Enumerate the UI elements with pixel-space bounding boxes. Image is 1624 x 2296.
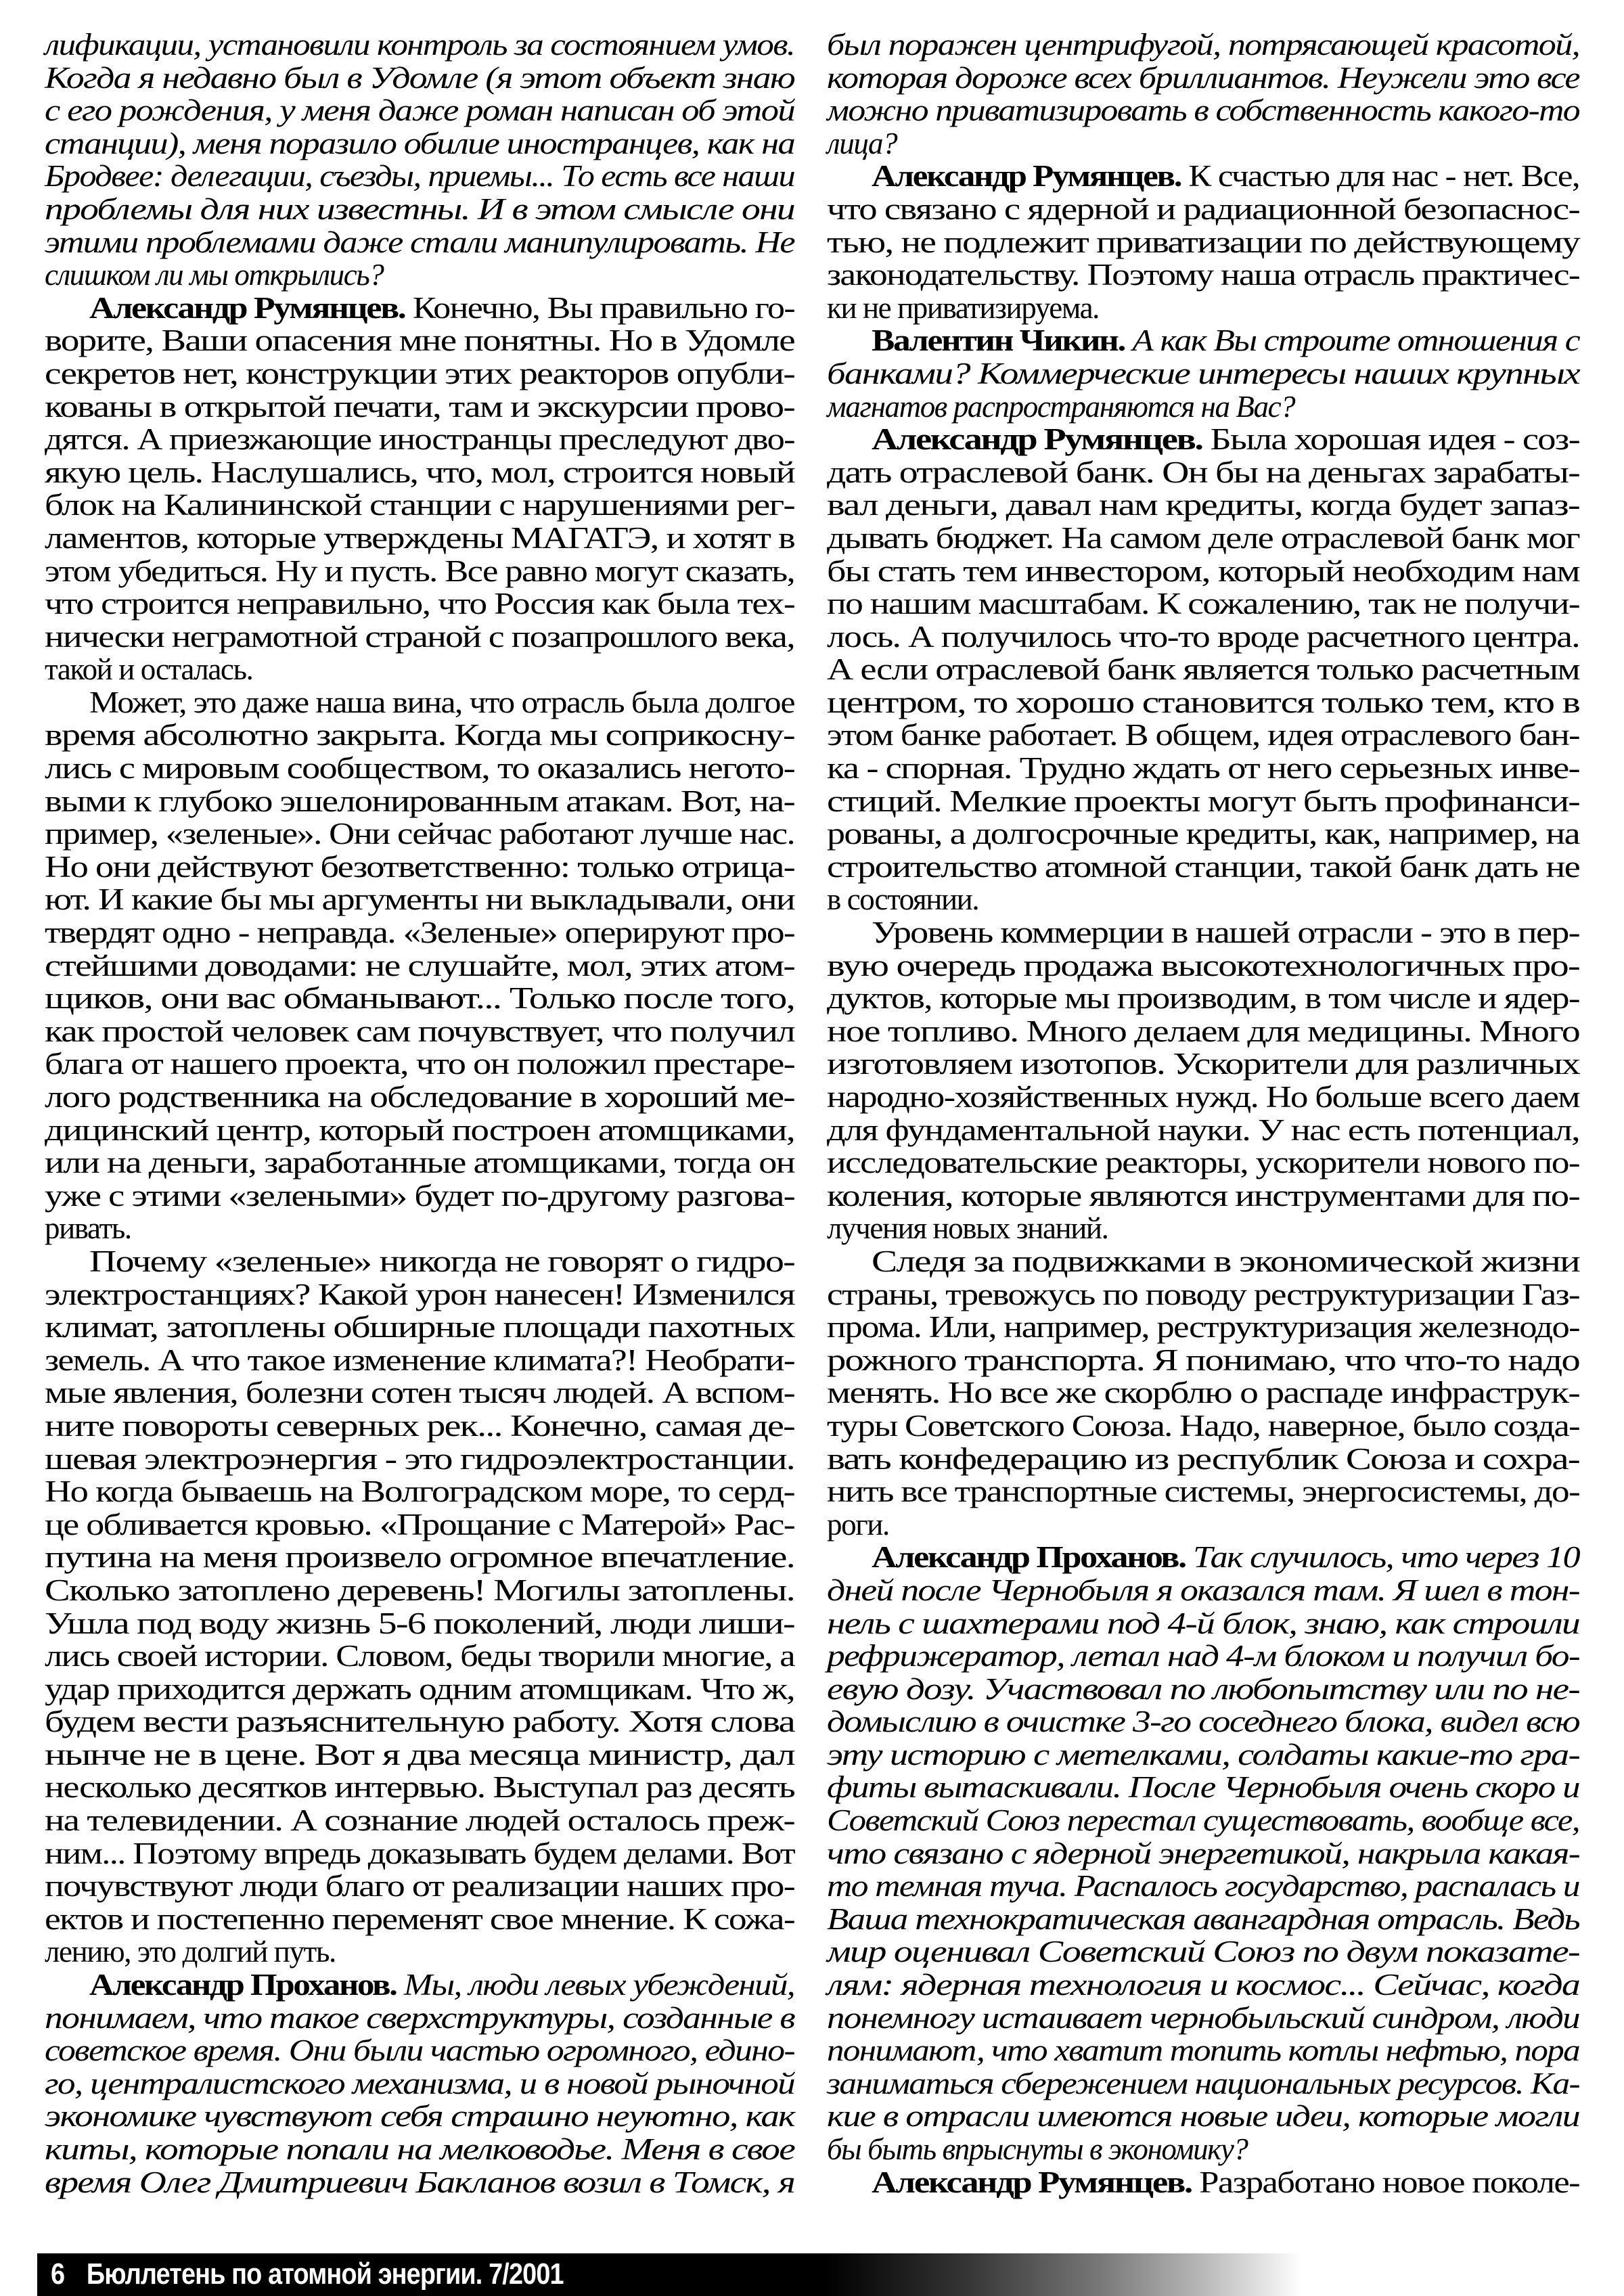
question-text: эту историю с метелками, солдаты какие-т… [827,1738,1579,1772]
question-text: то темная туча. Распалось государство, р… [827,1869,1579,1903]
answer-text: Конечно, Вы правильно го- [405,291,794,325]
answer-text: менять. Но все же скорблю о распаде инфр… [827,1376,1579,1410]
text-line: заниматься сбережением национальных ресу… [827,2067,1579,2100]
question-text: лям: ядерная технология и космос... Сейч… [827,1968,1579,2002]
answer-text: дывать бюджет. На самом деле отраслевой … [827,521,1579,555]
answer-text: земель. А что такое изменение климата?! … [45,1343,794,1377]
text-line: лучения новых знаний. [827,1212,1579,1245]
text-line: экономике чувствуют себя страшно неуютно… [45,2100,794,2133]
text-line: нынче не в цене. Вот я два месяца минист… [45,1738,794,1772]
text-line: евую дозу. Участвовал по любопытству или… [827,1673,1579,1706]
text-line: можно приватизировать в собственность ка… [827,94,1579,127]
text-line: щиков, они вас обманывают... Только посл… [45,982,794,1015]
text-line: ют. И какие бы мы аргументы ни выкладыва… [45,883,794,916]
text-line: лям: ядерная технология и космос... Сейч… [827,1968,1579,2002]
text-line: которая дороже всех бриллиантов. Неужели… [827,62,1579,95]
question-text: киты, которые попали на мелководье. Меня… [45,2132,794,2166]
answer-text: центром, то хорошо становится только тем… [827,685,1579,719]
text-line: секретов нет, конструкции этих реакторов… [45,357,794,390]
text-line: Александр Румянцев. Конечно, Вы правильн… [45,292,794,325]
answer-text: этом убедиться. Ну и пусть. Все равно мо… [45,554,794,588]
answer-text: или на деньги, заработанные атомщиками, … [45,1146,794,1179]
text-line: был поражен центрифугой, потрясающей кра… [827,28,1579,62]
question-text: Так случилось, что через 10 [1186,1540,1579,1574]
answer-text: рожного транспорта. Я понимаю, что что-т… [827,1343,1579,1377]
text-line: дней после Чернобыля я оказался там. Я ш… [827,1574,1579,1607]
answer-text: лучения новых знаний. [827,1211,1108,1245]
text-line: этими проблемами даже стали манипулирова… [45,226,794,259]
text-line: коления, которые являются инструментами … [827,1179,1579,1213]
text-line: киты, которые попали на мелководье. Меня… [45,2133,794,2166]
answer-text: страны, тревожусь по поводу реструктуриз… [827,1278,1579,1311]
text-line: такой и осталась. [45,653,794,686]
question-text: был поражен центрифугой, потрясающей кра… [827,28,1579,62]
text-line: банками? Коммерческие интересы наших кру… [827,357,1579,390]
answer-text: ривать. [45,1211,131,1245]
question-text: Мы, люди левых убеждений, [397,1968,794,2002]
answer-text: Ушла под воду жизнь 5-6 поколений, люди … [45,1606,794,1640]
question-text: советское время. Они были частью огромно… [45,2033,794,2067]
speaker-name: Александр Румянцев. [872,2165,1192,2199]
text-line: ное топливо. Много делаем для медицины. … [827,1015,1579,1048]
text-line: Советский Союз перестал существовать, во… [827,1804,1579,1837]
text-line: ним... Поэтому впредь доказывать будем д… [45,1837,794,1870]
question-text: мир оценивал Советский Союз по двум пока… [827,1935,1579,1968]
text-line: Александр Румянцев. Разработано новое по… [827,2166,1579,2199]
answer-text: тью, не подлежит приватизации по действу… [827,225,1579,259]
text-line: рефрижератор, летал над 4-м блоком и пол… [827,1640,1579,1673]
text-line: ектов и постепенно переменят свое мнение… [45,1903,794,1936]
text-line: дятся. А приезжающие иностранцы преследу… [45,423,794,456]
answer-text: будем вести разъяснительную работу. Хотя… [45,1705,794,1738]
answer-text: бы стать тем инвестором, который необход… [827,554,1579,588]
question-text: банками? Коммерческие интересы наших кру… [827,357,1579,390]
left-text-column: лификации, установили контроль за состоя… [45,28,794,2199]
question-text: дней после Чернобыля я оказался там. Я ш… [827,1573,1579,1607]
text-line: менять. Но все же скорблю о распаде инфр… [827,1376,1579,1410]
answer-text: нить все транспортные системы, энергосис… [827,1475,1579,1508]
page-number: 6 [51,2257,64,2291]
text-line: лись своей истории. Словом, беды творили… [45,1640,794,1673]
answer-text: Почему «зеленые» никогда не говорят о ги… [89,1244,794,1278]
text-line: туры Советского Союза. Надо, наверное, б… [827,1410,1579,1443]
text-line: дывать бюджет. На самом деле отраслевой … [827,522,1579,555]
text-line: эту историю с метелками, солдаты какие-т… [827,1738,1579,1772]
answer-text: строительство атомной станции, такой бан… [827,850,1579,884]
answer-text: такой и осталась. [45,652,252,686]
text-line: вую очередь продажа высокотехнологичных … [827,949,1579,983]
text-line: время абсолютно закрыта. Когда мы соприк… [45,719,794,752]
text-line: нить все транспортные системы, энергосис… [827,1475,1579,1508]
text-line: Александр Румянцев. Была хорошая идея - … [827,423,1579,456]
text-line: что строится неправильно, что Россия как… [45,587,794,621]
question-text: с его рождения, у меня даже роман написа… [45,93,794,127]
text-line: советское время. Они были частью огромно… [45,2034,794,2067]
answer-text: блага от нашего проекта, что он положил … [45,1047,794,1081]
text-line: тью, не подлежит приватизации по действу… [827,226,1579,259]
text-line: лица? [827,127,1579,160]
answer-text: Может, это даже наша вина, что отрасль б… [89,685,794,719]
answer-text: что строится неправильно, что Россия как… [45,587,794,621]
answer-text: лого родственника на обследование в хоро… [45,1080,794,1114]
answer-text: лось. А получилось что-то вроде расчетно… [827,620,1579,654]
text-line: Александр Проханов. Мы, люди левых убежд… [45,1968,794,2002]
text-line: Бродвее: делегации, съезды, приемы... То… [45,160,794,193]
question-text: понимаем, что такое сверхструктуры, созд… [45,2001,794,2035]
answer-text: туры Советского Союза. Надо, наверное, б… [827,1409,1579,1443]
text-line: домыслию в очистке 3-го соседнего блока,… [827,1705,1579,1738]
text-line: блок на Калининской станции с нарушениям… [45,489,794,522]
answer-text: нынче не в цене. Вот я два месяца минист… [45,1738,794,1772]
question-text: что связано с ядерной энергетикой, накры… [827,1837,1579,1870]
text-line: ворите, Ваши опасения мне понятны. Но в … [45,324,794,357]
footer-text: 6Бюллетень по атомной энергии. 7/2001 [51,2257,564,2291]
answer-text: лись своей истории. Словом, беды творили… [45,1639,794,1673]
text-line: проблемы для них известны. И в этом смыс… [45,193,794,226]
speaker-name: Александр Проханов. [872,1540,1186,1574]
text-line: рожного транспорта. Я понимаю, что что-т… [827,1344,1579,1377]
text-line: ки не приватизируема. [827,292,1579,325]
text-line: как простой человек сам почувствует, что… [45,1015,794,1048]
text-line: страны, тревожусь по поводу реструктуриз… [827,1278,1579,1311]
answer-text: це обливается кровью. «Прощание с Матеро… [45,1508,794,1541]
text-line: по нашим масштабам. К сожалению, так не … [827,587,1579,621]
answer-text: почувствуют люди благо от реализации наш… [45,1869,794,1903]
answer-text: дятся. А приезжающие иностранцы преследу… [45,422,794,456]
answer-text: вал деньги, давал нам кредиты, когда буд… [827,488,1579,522]
answer-text: вать конфедерацию из республик Союза и с… [827,1442,1579,1476]
answer-text: народно-хозяйственных нужд. Но больше вс… [827,1080,1579,1114]
answer-text: ное топливо. Много делаем для медицины. … [827,1014,1579,1048]
text-line: шевая электроэнергия - это гидроэлектрос… [45,1443,794,1476]
speaker-name: Александр Румянцев. [872,422,1202,456]
answer-text: законодательству. Поэтому наша отрасль п… [827,258,1579,292]
answer-text: секретов нет, конструкции этих реакторов… [45,357,794,390]
text-line: ламентов, которые утверждены МАГАТЭ, и х… [45,522,794,555]
question-text: бы быть впрыснуты в экономику? [827,2132,1248,2166]
answer-text: Следя за подвижками в экономической жизн… [872,1244,1579,1278]
text-line: этом банке работает. В общем, идея отрас… [827,719,1579,752]
question-text: станции), меня поразило обилие иностранц… [45,127,794,160]
text-line: Валентин Чикин. А как Вы строите отношен… [827,324,1579,357]
text-line: стиций. Мелкие проекты могут быть профин… [827,785,1579,818]
question-text: понемногу истаивает чернобыльский синдро… [827,2001,1579,2035]
text-line: путина на меня произвело огромное впечат… [45,1541,794,1574]
answer-text: выми к глубоко эшелонированным атакам. В… [45,784,794,818]
answer-text: уже с этими «зелеными» будет по-другому … [45,1179,794,1213]
text-line: Но они действуют безответственно: только… [45,851,794,884]
text-line: Александр Румянцев. К счастью для нас - … [827,160,1579,193]
answer-text: климат, затоплены обширные площади пахот… [45,1310,794,1344]
question-text: Ваша технократическая авангардная отрасл… [827,1902,1579,1936]
text-line: роги. [827,1508,1579,1541]
answer-text: Была хорошая идея - соз- [1202,422,1579,456]
text-line: лификации, установили контроль за состоя… [45,28,794,62]
text-line: то темная туча. Распалось государство, р… [827,1870,1579,1903]
text-line: электростанциях? Какой урон нанесен! Изм… [45,1278,794,1311]
answer-text: как простой человек сам почувствует, что… [45,1014,794,1048]
text-line: Почему «зеленые» никогда не говорят о ги… [45,1245,794,1278]
text-line: Но когда бываешь на Волгоградском море, … [45,1475,794,1508]
answer-text: мые явления, болезни сотен тысяч людей. … [45,1376,794,1410]
text-line: А если отраслевой банк является только р… [827,653,1579,686]
text-line: фиты вытаскивали. После Чернобыля очень … [827,1771,1579,1804]
text-line: твердят одно - неправда. «Зеленые» опери… [45,916,794,949]
text-line: пример, «зеленые». Они сейчас работают л… [45,817,794,851]
question-text: домыслию в очистке 3-го соседнего блока,… [827,1705,1579,1738]
text-line: этом убедиться. Ну и пусть. Все равно мо… [45,555,794,588]
text-line: мир оценивал Советский Союз по двум пока… [827,1935,1579,1968]
text-line: изготовляем изотопов. Ускорители для раз… [827,1048,1579,1081]
answer-text: роги. [827,1508,889,1541]
answer-text: несколько десятков интервью. Выступал ра… [45,1770,794,1804]
text-line: го, централистского механизма, и в новой… [45,2067,794,2100]
answer-text: якую цель. Наслушались, что, мол, строит… [45,455,794,489]
answer-text: для фундаментальной науки. У нас есть по… [827,1113,1579,1147]
question-text: проблемы для них известны. И в этом смыс… [45,192,794,226]
text-line: понимают, что хватит топить котлы нефтью… [827,2034,1579,2067]
speaker-name: Александр Проханов. [89,1968,397,2002]
question-text: слишком ли мы открылись? [45,258,383,292]
text-line: блага от нашего проекта, что он положил … [45,1048,794,1081]
text-line: понемногу истаивает чернобыльский синдро… [827,2002,1579,2035]
text-line: вать конфедерацию из республик Союза и с… [827,1443,1579,1476]
question-text: время Олег Дмитриевич Бакланов возил в Т… [45,2165,794,2199]
text-line: кие в отрасли имеются новые идеи, которы… [827,2100,1579,2133]
text-line: кованы в открытой печати, там и экскурси… [45,390,794,424]
text-line: бы быть впрыснуты в экономику? [827,2133,1579,2166]
answer-text: пример, «зеленые». Они сейчас работают л… [45,817,794,851]
text-line: почувствуют люди благо от реализации наш… [45,1870,794,1903]
question-text: Бродвее: делегации, съезды, приемы... То… [45,159,794,193]
answer-text: лись с мировым сообществом, то оказались… [45,751,794,785]
question-text: заниматься сбережением национальных ресу… [827,2067,1579,2100]
text-line: вал деньги, давал нам кредиты, когда буд… [827,489,1579,522]
text-line: для фундаментальной науки. У нас есть по… [827,1114,1579,1147]
answer-text: ки не приватизируема. [827,291,1099,325]
answer-text: дуктов, которые мы производим, в том чис… [827,981,1579,1015]
text-line: исследовательские реакторы, ускорители н… [827,1146,1579,1179]
text-line: выми к глубоко эшелонированным атакам. В… [45,785,794,818]
text-line: народно-хозяйственных нужд. Но больше вс… [827,1081,1579,1114]
question-text: фиты вытаскивали. После Чернобыля очень … [827,1770,1579,1804]
right-text-column: был поражен центрифугой, потрясающей кра… [827,28,1579,2199]
text-line: станции), меня поразило обилие иностранц… [45,127,794,160]
text-line: или на деньги, заработанные атомщиками, … [45,1146,794,1179]
text-line: понимаем, что такое сверхструктуры, созд… [45,2002,794,2035]
text-line: дицинский центр, который построен атомщи… [45,1114,794,1147]
question-text: понимают, что хватит топить котлы нефтью… [827,2033,1579,2067]
speaker-name: Александр Румянцев. [872,159,1181,193]
text-line: прома. Или, например, реструктуризация ж… [827,1311,1579,1344]
question-text: магнатов распространяются на Вас? [827,390,1294,424]
text-line: ка - спорная. Трудно ждать от него серье… [827,752,1579,785]
question-text: экономике чувствуют себя страшно неуютно… [45,2099,794,2133]
answer-text: ламентов, которые утверждены МАГАТЭ, и х… [45,521,794,555]
text-line: це обливается кровью. «Прощание с Матеро… [45,1508,794,1541]
text-line: лению, это долгий путь. [45,1935,794,1968]
answer-text: электростанциях? Какой урон нанесен! Изм… [45,1278,794,1311]
answer-text: путина на меня произвело огромное впечат… [45,1540,794,1574]
text-line: лось. А получилось что-то вроде расчетно… [827,621,1579,654]
text-line: земель. А что такое изменение климата?! … [45,1344,794,1377]
answer-text: ните повороты северных рек... Конечно, с… [45,1409,794,1443]
answer-text: Но когда бываешь на Волгоградском море, … [45,1475,794,1508]
publication-title: Бюллетень по атомной энергии. 7/2001 [87,2257,564,2291]
question-text: рефрижератор, летал над 4-м блоком и пол… [827,1639,1579,1673]
speaker-name: Валентин Чикин. [872,323,1125,357]
answer-text: ка - спорная. Трудно ждать от него серье… [827,751,1579,785]
question-text: нель с шахтерами под 4-й блок, знаю, как… [827,1606,1579,1640]
question-text: лица? [827,127,897,160]
text-line: уже с этими «зелеными» будет по-другому … [45,1179,794,1213]
answer-text: Но они действуют безответственно: только… [45,850,794,884]
answer-text: этом банке работает. В общем, идея отрас… [827,718,1579,752]
text-line: удар приходится держать одним атомщикам.… [45,1673,794,1706]
text-line: что связано с ядерной и радиационной без… [827,193,1579,226]
answer-text: дицинский центр, который построен атомщи… [45,1113,794,1147]
answer-text: Уровень коммерции в нашей отрасли - это … [872,916,1579,949]
text-line: дать отраслевой банк. Он бы на деньгах з… [827,456,1579,489]
text-line: ривать. [45,1212,794,1245]
text-line: мые явления, болезни сотен тысяч людей. … [45,1376,794,1410]
answer-text: рованы, а долгосрочные кредиты, как, нап… [827,817,1579,851]
text-line: рованы, а долгосрочные кредиты, как, нап… [827,817,1579,851]
answer-text: Разработано новое поколе- [1192,2165,1579,2199]
text-line: на телевидении. А сознание людей осталос… [45,1804,794,1837]
text-line: строительство атомной станции, такой бан… [827,851,1579,884]
answer-text: Сколько затоплено деревень! Могилы затоп… [45,1573,794,1607]
answer-text: ворите, Ваши опасения мне понятны. Но в … [45,323,794,357]
answer-text: исследовательские реакторы, ускорители н… [827,1146,1579,1179]
answer-text: нически неграмотной страной с позапрошло… [45,620,794,654]
text-line: лого родственника на обследование в хоро… [45,1081,794,1114]
text-line: что связано с ядерной энергетикой, накры… [827,1837,1579,1870]
question-text: Когда я недавно был в Удомле (я этот объ… [45,61,794,95]
answer-text: в состоянии. [827,882,978,916]
answer-text: К счастью для нас - нет. Все, [1181,159,1579,193]
answer-text: блок на Калининской станции с нарушениям… [45,488,794,522]
answer-text: что связано с ядерной и радиационной без… [827,192,1579,226]
question-text: которая дороже всех бриллиантов. Неужели… [827,61,1579,95]
question-text: А как Вы строите отношения с [1125,323,1579,357]
answer-text: А если отраслевой банк является только р… [827,652,1579,686]
text-line: нель с шахтерами под 4-й блок, знаю, как… [827,1607,1579,1640]
text-line: в состоянии. [827,883,1579,916]
answer-text: ектов и постепенно переменят свое мнение… [45,1902,794,1936]
text-line: будем вести разъяснительную работу. Хотя… [45,1705,794,1738]
page-footer-bar: 6Бюллетень по атомной энергии. 7/2001 [37,2253,1397,2296]
text-line: Ушла под воду жизнь 5-6 поколений, люди … [45,1607,794,1640]
answer-text: дать отраслевой банк. Он бы на деньгах з… [827,455,1579,489]
answer-text: вую очередь продажа высокотехнологичных … [827,949,1579,983]
answer-text: кованы в открытой печати, там и экскурси… [45,390,794,424]
question-text: Советский Союз перестал существовать, во… [827,1803,1579,1837]
question-text: этими проблемами даже стали манипулирова… [45,225,794,259]
text-line: центром, то хорошо становится только тем… [827,686,1579,719]
text-line: магнатов распространяются на Вас? [827,390,1579,424]
answer-text: щиков, они вас обманывают... Только посл… [45,981,794,1015]
text-line: ните повороты северных рек... Конечно, с… [45,1410,794,1443]
text-line: бы стать тем инвестором, который необход… [827,555,1579,588]
text-line: слишком ли мы открылись? [45,258,794,292]
text-line: Следя за подвижками в экономической жизн… [827,1245,1579,1278]
answer-text: шевая электроэнергия - это гидроэлектрос… [45,1442,794,1476]
text-line: стейшими доводами: не слушайте, мол, эти… [45,949,794,983]
text-line: Александр Проханов. Так случилось, что ч… [827,1541,1579,1574]
question-text: можно приватизировать в собственность ка… [827,93,1579,127]
text-line: с его рождения, у меня даже роман написа… [45,94,794,127]
text-line: Уровень коммерции в нашей отрасли - это … [827,916,1579,949]
text-line: якую цель. Наслушались, что, мол, строит… [45,456,794,489]
answer-text: ним... Поэтому впредь доказывать будем д… [45,1837,794,1870]
text-line: законодательству. Поэтому наша отрасль п… [827,258,1579,292]
answer-text: коления, которые являются инструментами … [827,1179,1579,1213]
answer-text: стиций. Мелкие проекты могут быть профин… [827,784,1579,818]
answer-text: по нашим масштабам. К сожалению, так не … [827,587,1579,621]
question-text: лификации, установили контроль за состоя… [45,28,794,62]
question-text: евую дозу. Участвовал по любопытству или… [827,1672,1579,1706]
answer-text: стейшими доводами: не слушайте, мол, эти… [45,949,794,983]
text-line: Сколько затоплено деревень! Могилы затоп… [45,1574,794,1607]
text-line: Ваша технократическая авангардная отрасл… [827,1903,1579,1936]
answer-text: твердят одно - неправда. «Зеленые» опери… [45,916,794,949]
answer-text: лению, это долгий путь. [45,1935,336,1968]
question-text: кие в отрасли имеются новые идеи, которы… [827,2099,1579,2133]
speaker-name: Александр Румянцев. [89,291,405,325]
question-text: го, централистского механизма, и в новой… [45,2067,794,2100]
text-line: несколько десятков интервью. Выступал ра… [45,1771,794,1804]
text-line: нически неграмотной страной с позапрошло… [45,621,794,654]
answer-text: ют. И какие бы мы аргументы ни выкладыва… [45,882,794,916]
answer-text: удар приходится держать одним атомщикам.… [45,1672,794,1706]
answer-text: время абсолютно закрыта. Когда мы соприк… [45,718,794,752]
answer-text: прома. Или, например, реструктуризация ж… [827,1310,1579,1344]
text-line: время Олег Дмитриевич Бакланов возил в Т… [45,2166,794,2199]
text-line: лись с мировым сообществом, то оказались… [45,752,794,785]
text-line: Когда я недавно был в Удомле (я этот объ… [45,62,794,95]
text-line: климат, затоплены обширные площади пахот… [45,1311,794,1344]
text-line: Может, это даже наша вина, что отрасль б… [45,686,794,719]
text-line: дуктов, которые мы производим, в том чис… [827,982,1579,1015]
answer-text: изготовляем изотопов. Ускорители для раз… [827,1047,1579,1081]
answer-text: на телевидении. А сознание людей осталос… [45,1803,794,1837]
